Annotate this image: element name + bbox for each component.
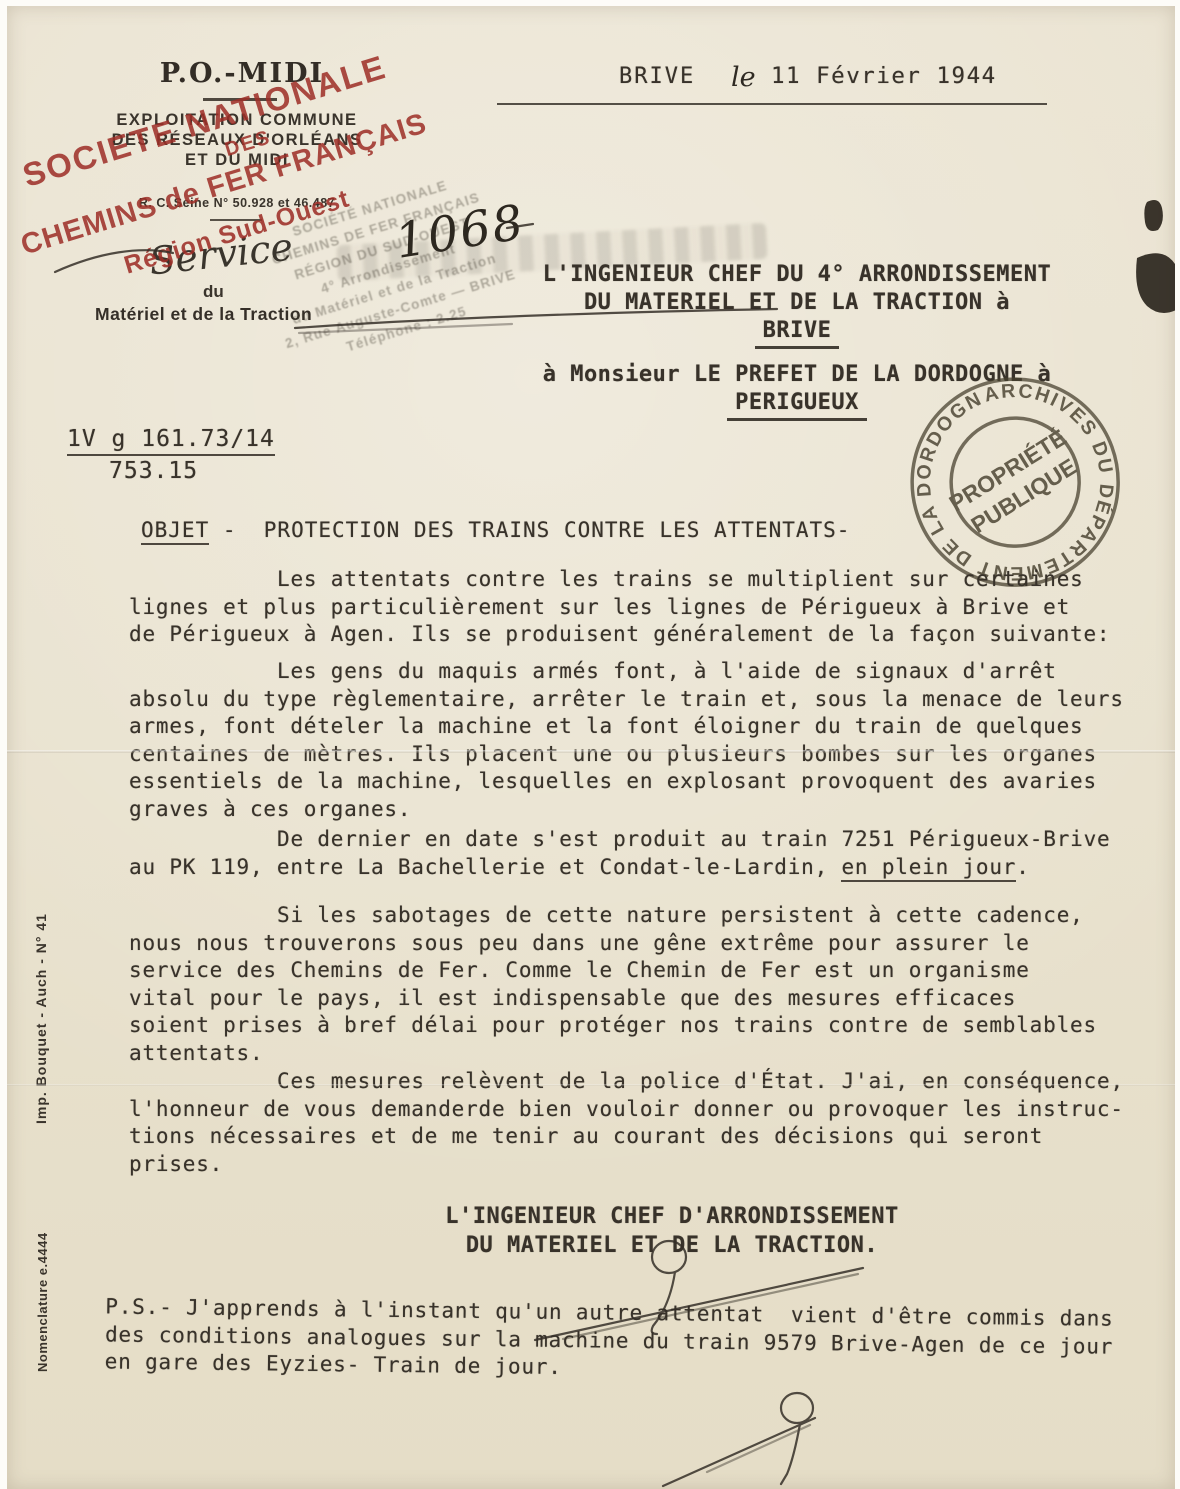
p2-line1: Les gens du maquis armés font, à l'aide …	[129, 658, 1180, 686]
p2-line6: graves à ces organes.	[129, 796, 1180, 824]
paragraph-1: Les attentats contre les trains se multi…	[129, 566, 1180, 649]
ink-blob-1	[1144, 200, 1163, 231]
p2-line2: absolu du type règlementaire, arrêter le…	[129, 686, 1180, 714]
dateline-underline	[497, 103, 1047, 105]
p4-line5: soient prises à bref délai pour protéger…	[129, 1012, 1180, 1040]
postscript: P.S.- J'apprends à l'instant qu'un autre…	[105, 1293, 1180, 1389]
objet-label: OBJET	[141, 518, 209, 545]
ink-blob-2	[1136, 253, 1175, 313]
paper-sheet: P.O.-MIDI EXPLOITATION COMMUNE DES RÉSEA…	[7, 6, 1175, 1489]
p2-line4: centaines de mètres. Ils placent une ou …	[129, 741, 1180, 769]
p3-line2-before: au PK 119, entre La Bachellerie et Conda…	[129, 855, 841, 879]
p5-line4: prises.	[129, 1151, 1180, 1179]
p3-line1: De dernier en date s'est produit au trai…	[129, 826, 1180, 854]
dateline-date: 11 Février 1944	[771, 63, 997, 89]
p4-line6: attentats.	[129, 1040, 1180, 1068]
p3-underlined-phrase: en plein jour	[841, 855, 1016, 882]
p3-line2: au PK 119, entre La Bachellerie et Conda…	[129, 854, 1180, 882]
objet-text: - PROTECTION DES TRAINS CONTRE LES ATTEN…	[209, 518, 850, 542]
dateline-place: BRIVE	[619, 64, 695, 89]
scanned-letter: P.O.-MIDI EXPLOITATION COMMUNE DES RÉSEA…	[0, 0, 1180, 1489]
p3-line2-after: .	[1016, 855, 1029, 879]
signature-block: L'INGENIEUR CHEF D'ARRONDISSEMENT DU MAT…	[427, 1202, 917, 1260]
signature2-line-2	[707, 1425, 810, 1472]
p1-line1: Les attentats contre les trains se multi…	[129, 566, 1180, 594]
p4-line1: Si les sabotages de cette nature persist…	[129, 902, 1180, 930]
p2-line3: armes, font dételer la machine et la fon…	[129, 713, 1180, 741]
p5-line3: tions nécessaires et de me tenir au cour…	[129, 1123, 1180, 1151]
recipient-city-brive: BRIVE	[755, 317, 840, 349]
recipient-line2: DU MATERIEL ET DE LA TRACTION à	[477, 289, 1117, 317]
signature-title-line1: L'INGENIEUR CHEF D'ARRONDISSEMENT	[427, 1202, 917, 1231]
signature2-loop	[781, 1393, 813, 1423]
nomenclature-note: Nomenclature e.4444	[35, 1232, 50, 1372]
signature2-line	[663, 1418, 815, 1486]
p1-line2: lignes et plus particulièrement sur les …	[129, 594, 1180, 622]
paragraph-3: De dernier en date s'est produit au trai…	[129, 826, 1180, 881]
paragraph-2: Les gens du maquis armés font, à l'aide …	[129, 658, 1180, 823]
p4-line2: nous nous trouverons sous peu dans une g…	[129, 930, 1180, 958]
paragraph-4: Si les sabotages de cette nature persist…	[129, 902, 1180, 1067]
objet-line: OBJET - PROTECTION DES TRAINS CONTRE LES…	[141, 518, 850, 542]
recipient-line1: L'INGENIEUR CHEF DU 4° ARRONDISSEMENT	[477, 261, 1117, 289]
printer-imprint: Imp. Bouquet - Auch - N° 41	[33, 913, 49, 1124]
reference-number: 1V g 161.73/14	[67, 426, 275, 456]
p1-line3: de Périgueux à Agen. Ils se produisent g…	[129, 621, 1180, 649]
fold-crease	[7, 750, 1175, 753]
p5-line2: l'honneur de vous demanderde bien vouloi…	[129, 1096, 1180, 1124]
p4-line4: vital pour le pays, il est indispensable…	[129, 985, 1180, 1013]
reference-number-2: 753.15	[109, 458, 198, 484]
p5-line1: Ces mesures relèvent de la police d'État…	[129, 1068, 1180, 1096]
p2-line5: essentiels de la machine, lesquelles en …	[129, 768, 1180, 796]
signature-title-line2: DU MATERIEL ET DE LA TRACTION.	[427, 1231, 917, 1260]
signature2-tail	[781, 1424, 800, 1484]
p4-line3: service des Chemins de Fer. Comme le Che…	[129, 957, 1180, 985]
recipient-city-perigueux: PERIGUEUX	[727, 389, 867, 421]
dateline-le: le	[731, 62, 756, 93]
fold-crease-2	[7, 1084, 1175, 1086]
